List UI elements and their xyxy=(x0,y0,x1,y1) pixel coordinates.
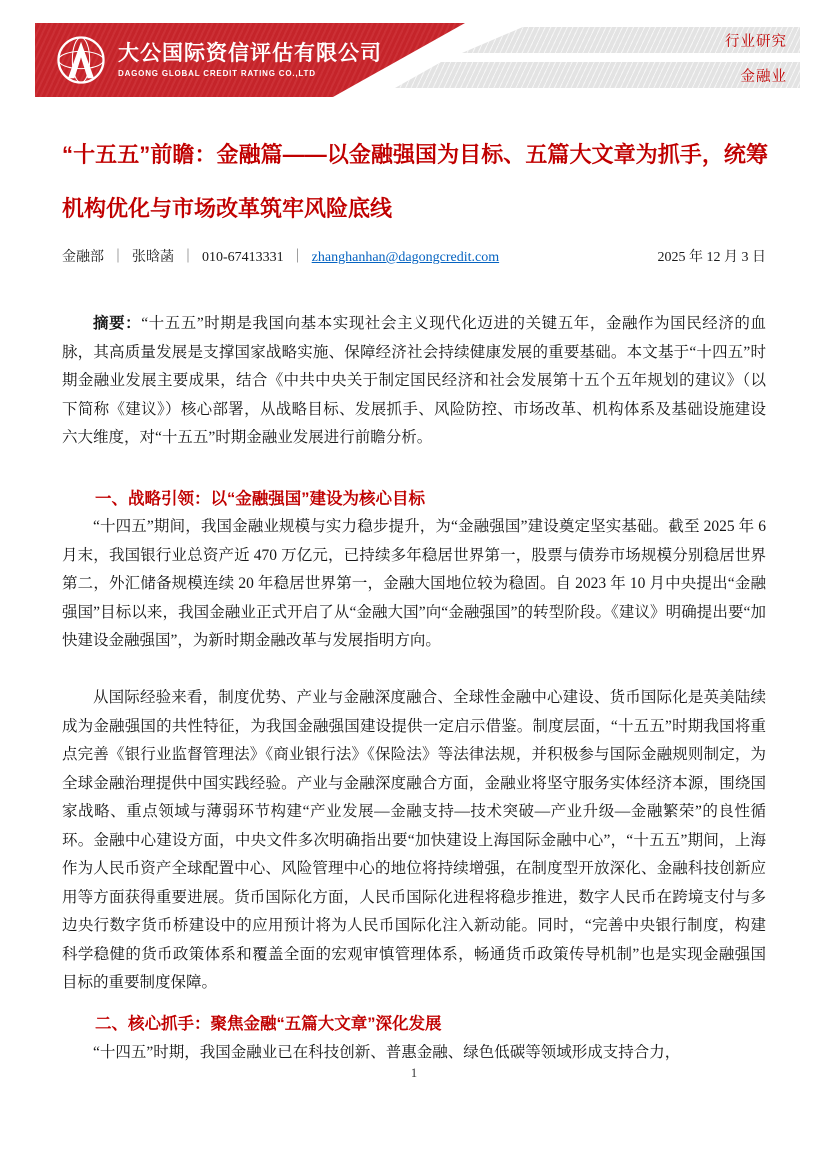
section-1-paragraph-2: 从国际经验来看，制度优势、产业与金融深度融合、全球性金融中心建设、货币国际化是英… xyxy=(62,684,766,998)
article-title: “十五五”前瞻：金融篇——以金融强国为目标、五篇大文章为抓手，统筹机构优化与市场… xyxy=(62,128,768,236)
author-department: 金融部 xyxy=(62,246,104,266)
article-meta-row: 金融部 ｜ 张晗菡 ｜ 010-67413331 ｜ zhanghanhan@d… xyxy=(62,246,766,266)
company-name-cn: 大公国际资信评估有限公司 xyxy=(118,42,382,66)
author-email-link[interactable]: zhanghanhan@dagongcredit.com xyxy=(312,250,499,266)
abstract-text: “十五五”时期是我国向基本实现社会主义现代化迈进的关键五年，金融作为国民经济的血… xyxy=(62,315,766,446)
meta-separator: ｜ xyxy=(111,246,125,266)
report-type-label: 行业研究 xyxy=(725,30,787,51)
company-name-block: 大公国际资信评估有限公司 DAGONG GLOBAL CREDIT RATING… xyxy=(118,42,382,78)
section-2-heading: 二、核心抓手：聚焦金融“五篇大文章”深化发展 xyxy=(62,1011,766,1037)
report-page: 大公国际资信评估有限公司 DAGONG GLOBAL CREDIT RATING… xyxy=(0,0,826,1169)
author-info: 金融部 ｜ 张晗菡 ｜ 010-67413331 ｜ zhanghanhan@d… xyxy=(62,246,499,266)
author-name: 张晗菡 xyxy=(132,246,174,266)
section-1-heading: 一、战略引领：以“金融强国”建设为核心目标 xyxy=(62,486,766,512)
publish-date: 2025 年 12 月 3 日 xyxy=(658,246,767,266)
sector-label: 金融业 xyxy=(741,65,788,86)
abstract-label: 摘要： xyxy=(93,315,141,332)
author-phone: 010-67413331 xyxy=(202,250,284,266)
section-2-paragraph-1: “十四五”时期，我国金融业已在科技创新、普惠金融、绿色低碳等领域形成支持合力， xyxy=(62,1039,766,1068)
meta-separator: ｜ xyxy=(181,246,195,266)
page-number: 1 xyxy=(62,1066,766,1081)
meta-separator: ｜ xyxy=(291,246,305,266)
company-logo xyxy=(55,34,107,86)
abstract-paragraph: 摘要：“十五五”时期是我国向基本实现社会主义现代化迈进的关键五年，金融作为国民经… xyxy=(62,310,766,453)
company-name-en: DAGONG GLOBAL CREDIT RATING CO.,LTD xyxy=(118,69,382,78)
sector-tag: 金融业 xyxy=(395,62,800,88)
report-type-tag: 行业研究 xyxy=(462,27,800,53)
section-1-paragraph-1: “十四五”期间，我国金融业规模与实力稳步提升，为“金融强国”建设奠定坚实基础。截… xyxy=(62,513,766,656)
